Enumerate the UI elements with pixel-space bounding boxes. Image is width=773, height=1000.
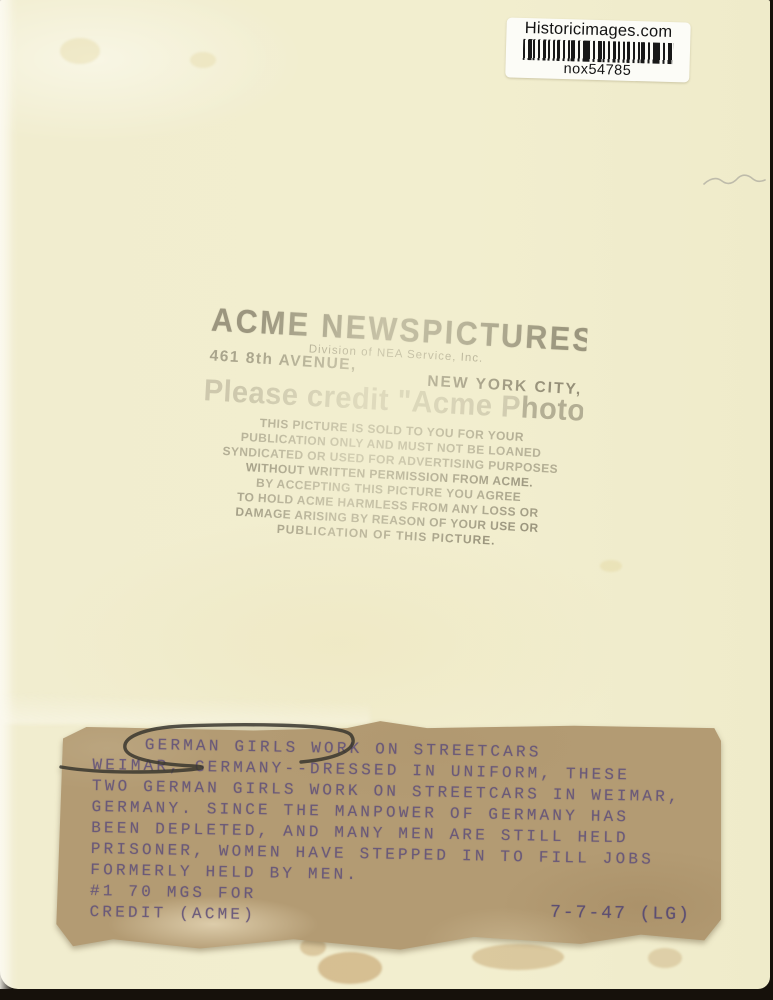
stamp-terms: THIS PICTURE IS SOLD TO YOU FOR YOUR PUB… [196,413,582,553]
acme-stamp: ACME NEWSPICTURES Division of NEA Servic… [196,302,588,553]
pencil-scribble [700,160,770,200]
stain [318,952,382,984]
sticker-code-label: nox54785 [563,62,631,79]
paper-wear-band [0,688,370,724]
barcode [523,39,674,64]
stain [60,38,100,64]
caption-slip-paper: GERMAN GIRLS WORK ON STREETCARS WEIMAR, … [53,720,721,952]
stain [600,560,622,572]
barcode-sticker: Historicimages.com nox54785 [505,17,691,82]
sticker-site-label: Historicimages.com [525,20,673,41]
caption-slip: GERMAN GIRLS WORK ON STREETCARS WEIMAR, … [53,720,721,952]
paper-edge-highlight [0,0,13,989]
stain [190,52,216,68]
caption-date: 7-7-47 (LG) [550,903,691,925]
